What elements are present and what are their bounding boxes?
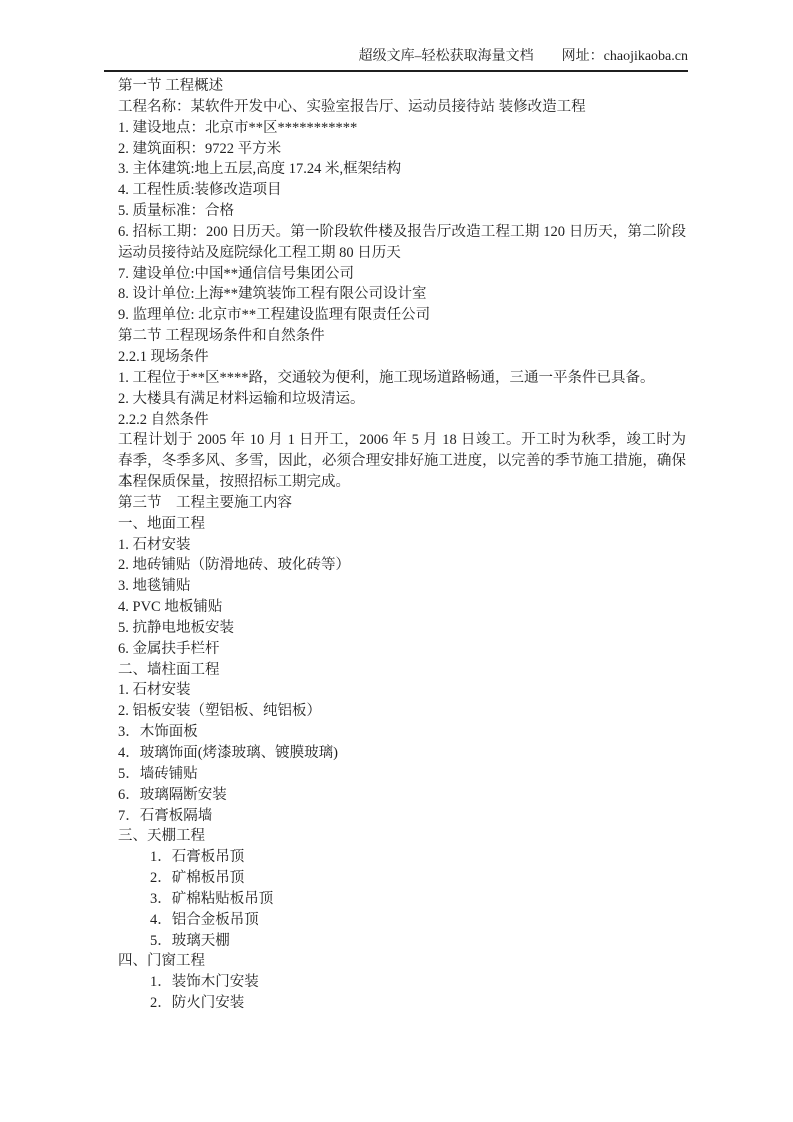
document-line: 1. 建设地点：北京市**区*********** (118, 118, 686, 139)
document-line: 4. 工程性质:装修改造项目 (118, 180, 686, 201)
document-line: 运动员接待站及庭院绿化工程工期 80 日历天 (118, 243, 686, 264)
document-line: 5．玻璃天棚 (118, 931, 686, 952)
document-line: 3．木饰面板 (118, 722, 686, 743)
document-line: 7．石膏板隔墙 (118, 806, 686, 827)
document-line: 工程保质保量，按照招标工期完成。 (118, 472, 686, 493)
document-line: 1. 石材安装 (118, 680, 686, 701)
document-line: 第二节 工程现场条件和自然条件 (118, 326, 686, 347)
document-line: 7. 建设单位:中国**通信信号集团公司 (118, 264, 686, 285)
document-line: 第三节 工程主要施工内容 (118, 493, 686, 514)
document-line: 2. 建筑面积：9722 平方米 (118, 139, 686, 160)
document-line: 6．玻璃隔断安装 (118, 785, 686, 806)
document-line: 春季，冬季多风、多雪，因此，必须合理安排好施工进度，以完善的季节施工措施，确保本 (118, 451, 686, 472)
document-line: 一、地面工程 (118, 514, 686, 535)
document-line: 2. 大楼具有满足材料运输和垃圾清运。 (118, 389, 686, 410)
header-brand-text: 超级文库–轻松获取海量文档 (359, 49, 534, 64)
document-line: 1. 工程位于**区****路，交通较为便利，施工现场道路畅通，三通一平条件已具… (118, 368, 686, 389)
header-url: chaojikaoba.cn (604, 49, 688, 64)
document-line: 二、墙柱面工程 (118, 660, 686, 681)
document-line: 4．玻璃饰面(烤漆玻璃、镀膜玻璃) (118, 743, 686, 764)
document-line: 8. 设计单位:上海**建筑装饰工程有限公司设计室 (118, 284, 686, 305)
document-line: 4. PVC 地板铺贴 (118, 597, 686, 618)
document-line: 1. 石材安装 (118, 535, 686, 556)
document-line: 工程名称：某软件开发中心、实验室报告厅、运动员接待站 装修改造工程 (118, 97, 686, 118)
document-line: 6. 招标工期：200 日历天。第一阶段软件楼及报告厅改造工程工期 120 日历… (118, 222, 686, 243)
document-line: 3. 主体建筑:地上五层,高度 17.24 米,框架结构 (118, 159, 686, 180)
document-line: 5．墙砖铺贴 (118, 764, 686, 785)
document-line: 2. 地砖铺贴（防滑地砖、玻化砖等） (118, 555, 686, 576)
document-page: 超级文库–轻松获取海量文档网址：chaojikaoba.cn 第一节 工程概述工… (0, 0, 793, 1122)
page-header: 超级文库–轻松获取海量文档网址：chaojikaoba.cn (104, 47, 688, 72)
document-line: 第一节 工程概述 (118, 76, 686, 97)
document-line: 2．防火门安装 (118, 993, 686, 1014)
document-line: 2.2.1 现场条件 (118, 347, 686, 368)
document-line: 2.2.2 自然条件 (118, 410, 686, 431)
document-line: 1．石膏板吊顶 (118, 847, 686, 868)
document-body: 第一节 工程概述工程名称：某软件开发中心、实验室报告厅、运动员接待站 装修改造工… (118, 76, 686, 1014)
document-line: 3. 地毯铺贴 (118, 576, 686, 597)
header-url-label: 网址： (562, 49, 604, 64)
document-line: 2. 铝板安装（塑铝板、纯铝板） (118, 701, 686, 722)
document-line: 工程计划于 2005 年 10 月 1 日开工，2006 年 5 月 18 日竣… (118, 430, 686, 451)
document-line: 6. 金属扶手栏杆 (118, 639, 686, 660)
document-line: 三、天棚工程 (118, 826, 686, 847)
document-line: 1．装饰木门安装 (118, 972, 686, 993)
document-line: 5. 抗静电地板安装 (118, 618, 686, 639)
document-line: 3．矿棉粘贴板吊顶 (118, 889, 686, 910)
document-line: 四、门窗工程 (118, 951, 686, 972)
document-line: 9. 监理单位: 北京市**工程建设监理有限责任公司 (118, 305, 686, 326)
document-line: 4．铝合金板吊顶 (118, 910, 686, 931)
document-line: 2．矿棉板吊顶 (118, 868, 686, 889)
document-line: 5. 质量标准：合格 (118, 201, 686, 222)
